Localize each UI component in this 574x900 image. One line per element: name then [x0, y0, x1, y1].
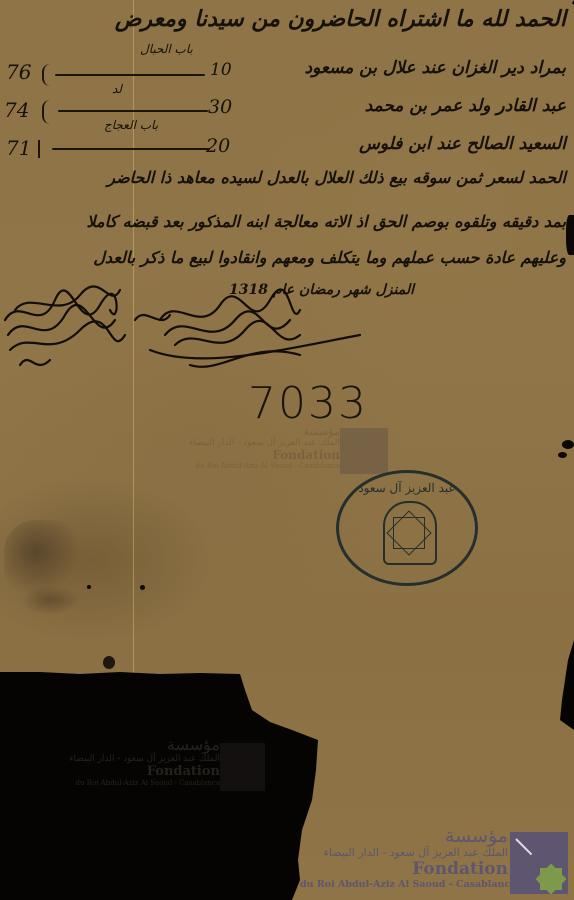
entry-1-amount-right: 10 — [210, 60, 232, 80]
seal-inner-emblem — [383, 501, 437, 565]
manuscript-body-line-3: وعليهم عادة حسب عملهم وما يتكلف ومعهم وا… — [93, 248, 566, 267]
entry-2-note: لد — [112, 82, 122, 96]
bracket-3 — [38, 140, 40, 158]
watermark-logo-faint — [340, 428, 388, 474]
watermark-fr-title-2: Fondation — [60, 764, 220, 779]
official-seal: عبد العزيز آل سعود — [336, 470, 478, 586]
bracket-1 — [42, 64, 52, 86]
watermark-main-ar-title: مؤسسة — [300, 826, 508, 846]
entry-3-amount-left: 71 — [6, 136, 31, 160]
entry-1-amount-left: 76 — [6, 60, 31, 84]
manuscript-body-line-1: الحمد لسعر ثمن سوقه بيع ذلك العلال بالعد… — [107, 168, 566, 187]
watermark-fr-title: Fondation — [175, 448, 340, 462]
watermark-logo-faint-bottom — [220, 743, 265, 791]
logo-diagonal-line — [515, 838, 532, 855]
watermark-faint-middle: مؤسسة الملك عبد العزيز آل سعود - الدار ا… — [175, 425, 340, 470]
watermark-main-fr-subtitle: du Roi Abdul-Aziz Al Saoud - Casablanca — [300, 879, 508, 891]
watermark-ar-title-2: مؤسسة — [60, 735, 220, 754]
entry-2-rule — [58, 110, 208, 112]
signature-scribbles — [0, 280, 380, 380]
entry-3-note: باب العجاج — [104, 118, 158, 132]
watermark-ar-subtitle-2: الملك عبد العزيز آل سعود - الدار البيضاء — [60, 754, 220, 764]
watermark-fr-subtitle: du Roi Abdul-Aziz Al Saoud - Casablanca — [175, 462, 340, 470]
entry-3-rule — [52, 148, 210, 150]
manuscript-entry-1: بمراد دير الغزان عند علال بن مسعود — [305, 58, 566, 78]
manuscript-entry-2: عبد القادر ولد عمر بن محمد — [365, 96, 566, 116]
entry-2-amount-right: 30 — [208, 96, 232, 118]
entry-1-note: باب الحبال — [140, 42, 193, 56]
star-emblem-icon-b — [393, 517, 425, 549]
entry-2-amount-left: 74 — [4, 98, 29, 122]
bracket-2 — [42, 100, 52, 124]
entry-3-amount-right: 20 — [206, 135, 230, 157]
catalog-number: 7033 — [248, 378, 368, 429]
watermark-faint-bottom: مؤسسة الملك عبد العزيز آل سعود - الدار ا… — [60, 735, 220, 787]
watermark-ar-title: مؤسسة — [175, 425, 340, 438]
watermark-main-ar-subtitle: الملك عبد العزيز آل سعود - الدار البيضاء — [300, 846, 508, 860]
manuscript-entry-3: السعيد الصالح عند ابن فلوس — [359, 134, 566, 154]
watermark-main-fr-title: Fondation — [300, 860, 508, 879]
foundation-logo — [510, 832, 568, 894]
watermark-fr-subtitle-2: du Roi Abdul-Aziz Al Saoud - Casablanca — [60, 779, 220, 787]
entry-1-rule — [55, 74, 205, 76]
manuscript-header-line: الحمد لله ما اشتراه الحاضرون من سيدنا وم… — [115, 6, 566, 32]
watermark-main: مؤسسة الملك عبد العزيز آل سعود - الدار ا… — [300, 826, 508, 891]
watermark-ar-subtitle: الملك عبد العزيز آل سعود - الدار البيضاء — [175, 438, 340, 448]
seal-text: عبد العزيز آل سعود — [339, 481, 475, 495]
manuscript-body-line-2: بمد دقيقه وتلقوه بوصم الحق اذ الاته معال… — [87, 212, 567, 231]
